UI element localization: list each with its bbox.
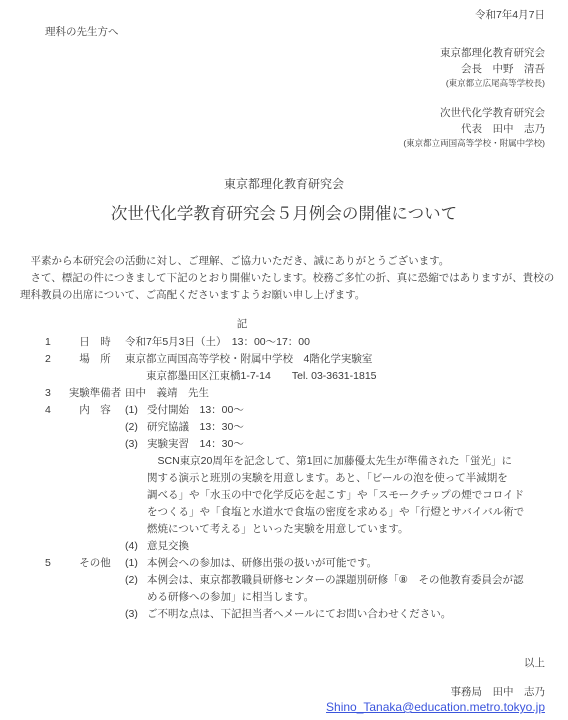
sub-item-discussion: (2) 研究協議 13：30～ — [125, 419, 568, 436]
item-number: 2 — [0, 351, 65, 368]
sub-item-text: ご不明な点は、下記担当者へメールにてお問い合わせください。 — [147, 606, 568, 623]
sub-item-text: 受付開始 13：00～ — [147, 402, 568, 419]
greeting-paragraph: 平素から本研究会の活動に対し、ご理解、ご協力いただき、誠にありがとうございます。… — [20, 253, 568, 304]
sub-item-text: 研究協議 13：30～ — [147, 419, 568, 436]
record-marker: 記 — [0, 316, 568, 333]
sub-item-number: (2) — [125, 419, 147, 436]
sub-item-number: (4) — [125, 538, 147, 555]
item-others: 5 その他 (1) 本例会への参加は、研修出張の扱いが可能です。 (2) 本例会… — [0, 555, 568, 623]
item-value: (1) 受付開始 13：00～ (2) 研究協議 13：30～ (3) 実験実習… — [125, 402, 568, 555]
item-value: 田中 義靖 先生 — [125, 385, 568, 402]
item-preparer: 3 実験準備者 田中 義靖 先生 — [0, 385, 568, 402]
item-value: (1) 本例会への参加は、研修出張の扱いが可能です。 (2) 本例会は、東京都教… — [125, 555, 568, 623]
item-label: 実験準備者 — [65, 385, 125, 402]
closing-marker: 以上 — [0, 655, 568, 672]
sub-item-number: (1) — [125, 402, 147, 419]
item-value: 令和7年5月3日（土） 13：00～17：00 — [125, 334, 568, 351]
sender-org: 東京都理化教育研究会 — [0, 45, 545, 61]
sub-item-number: (3) — [125, 606, 147, 623]
experiment-description: SCN東京20周年を記念して、第1回に加藤優太先生が準備された「蛍光」に 関する… — [147, 453, 568, 538]
sub-item-text: 実験実習 14：30～ — [147, 436, 568, 453]
contact-email-link[interactable]: Shino_Tanaka@education.metro.tokyo.jp — [326, 700, 545, 714]
sender-block-jisedai: 次世代化学教育研究会 代表 田中 志乃 (東京都立両国高等学校・附属中学校) — [0, 105, 568, 149]
item-contents: 4 内 容 (1) 受付開始 13：00～ (2) 研究協議 13：30～ (3… — [0, 402, 568, 555]
sub-item-exchange: (4) 意見交換 — [125, 538, 568, 555]
sub-item-number: (2) — [125, 572, 147, 589]
sender-org: 次世代化学教育研究会 — [0, 105, 545, 121]
contact-person: 事務局 田中 志乃 — [0, 685, 568, 700]
item-number: 1 — [0, 334, 65, 351]
sub-item-text: 本例会への参加は、研修出張の扱いが可能です。 — [147, 555, 568, 572]
sender-block-rika: 東京都理化教育研究会 会長 中野 清吾 (東京都立広尾高等学校長) — [0, 45, 568, 89]
organization-title: 東京都理化教育研究会 — [0, 177, 568, 192]
sender-affiliation: (東京都立両国高等学校・附属中学校) — [0, 137, 545, 149]
contact-email-row: Shino_Tanaka@education.metro.tokyo.jp — [0, 700, 568, 716]
item-label: 場 所 — [65, 351, 125, 368]
item-number: 5 — [0, 555, 65, 572]
sub-item-training-category: (2) 本例会は、東京都教職員研修センターの課題別研修「⑧ その他教育委員会が認… — [125, 572, 568, 606]
item-place: 2 場 所 東京都立両国高等学校・附属中学校 4階化学実験室 東京都墨田区江東橋… — [0, 351, 568, 385]
document-date: 令和7年4月7日 — [0, 0, 568, 23]
sub-item-number: (1) — [125, 555, 147, 572]
sub-item-text: 本例会は、東京都教職員研修センターの課題別研修「⑧ その他教育委員会が認 める研… — [147, 572, 568, 606]
document-page: 令和7年4月7日 理科の先生方へ 東京都理化教育研究会 会長 中野 清吾 (東京… — [0, 0, 568, 720]
sub-item-training-trip: (1) 本例会への参加は、研修出張の扱いが可能です。 — [125, 555, 568, 572]
item-label: その他 — [65, 555, 125, 572]
sub-item-text: 意見交換 — [147, 538, 568, 555]
item-number: 3 — [0, 385, 65, 402]
item-number: 4 — [0, 402, 65, 419]
agenda-list: 1 日 時 令和7年5月3日（土） 13：00～17：00 2 場 所 東京都立… — [0, 334, 568, 623]
sub-item-number: (3) — [125, 436, 147, 453]
sub-item-reception: (1) 受付開始 13：00～ — [125, 402, 568, 419]
sub-item-inquiry: (3) ご不明な点は、下記担当者へメールにてお問い合わせください。 — [125, 606, 568, 623]
sub-item-experiment: (3) 実験実習 14：30～ — [125, 436, 568, 453]
sender-role-name: 会長 中野 清吾 — [0, 61, 545, 77]
salutation: 理科の先生方へ — [45, 25, 568, 40]
sender-affiliation: (東京都立広尾高等学校長) — [0, 77, 545, 89]
item-label: 内 容 — [65, 402, 125, 419]
item-label: 日 時 — [65, 334, 125, 351]
item-datetime: 1 日 時 令和7年5月3日（土） 13：00～17：00 — [0, 334, 568, 351]
document-title: 次世代化学教育研究会５月例会の開催について — [0, 203, 568, 225]
sender-role-name: 代表 田中 志乃 — [0, 121, 545, 137]
item-value: 東京都立両国高等学校・附属中学校 4階化学実験室 東京都墨田区江東橋1-7-14… — [125, 351, 568, 385]
